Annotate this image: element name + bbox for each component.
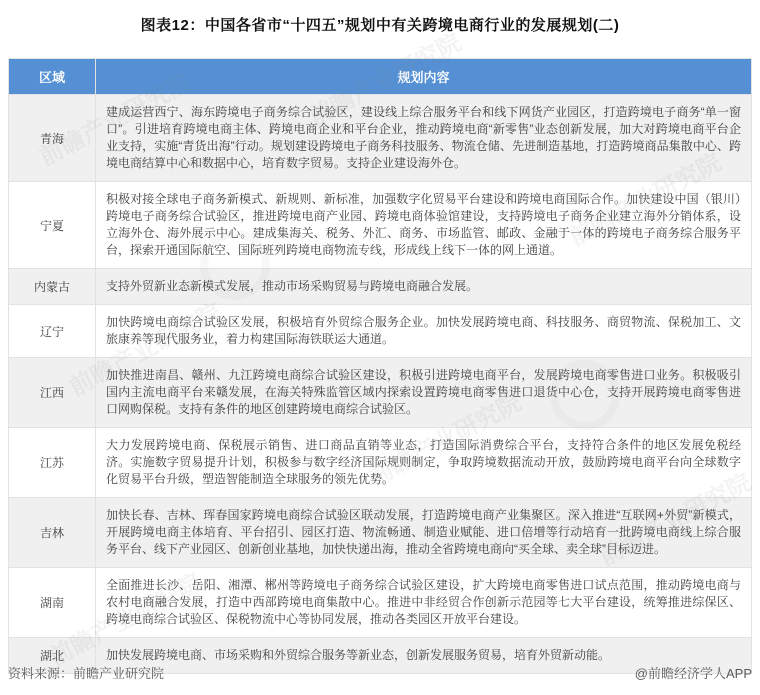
region-cell: 江苏	[9, 428, 96, 498]
content-cell: 积极对接全球电子商务新模式、新规则、新标准，加强数字化贸易平台建设和跨境电商国际…	[96, 182, 752, 269]
header-region: 区域	[9, 59, 96, 95]
plan-table-container: 区域 规划内容 青海 建成运营西宁、海东跨境电子商务综合试验区，建设线上综合服务…	[8, 58, 752, 674]
footer: 资料来源：前瞻产业研究院 @前瞻经济学人APP	[8, 663, 752, 682]
content-cell: 支持外贸新业态新模式发展，推动市场采购贸易与跨境电商融合发展。	[96, 269, 752, 305]
table-row: 宁夏 积极对接全球电子商务新模式、新规则、新标准，加强数字化贸易平台建设和跨境电…	[9, 182, 752, 269]
table-row: 青海 建成运营西宁、海东跨境电子商务综合试验区，建设线上综合服务平台和线下网货产…	[9, 95, 752, 182]
region-cell: 吉林	[9, 498, 96, 568]
page-title: 图表12：中国各省市“十四五”规划中有关跨境电商行业的发展规划(二)	[0, 0, 760, 35]
region-cell: 辽宁	[9, 305, 96, 358]
table-row: 江苏 大力发展跨境电商、保税展示销售、进口商品直销等业态，打造国际消费综合平台，…	[9, 428, 752, 498]
region-cell: 宁夏	[9, 182, 96, 269]
table-body: 青海 建成运营西宁、海东跨境电子商务综合试验区，建设线上综合服务平台和线下网货产…	[9, 95, 752, 674]
region-cell: 江西	[9, 358, 96, 428]
header-row: 区域 规划内容	[9, 59, 752, 95]
plan-table: 区域 规划内容 青海 建成运营西宁、海东跨境电子商务综合试验区，建设线上综合服务…	[8, 58, 752, 674]
region-cell: 湖南	[9, 568, 96, 638]
region-cell: 内蒙古	[9, 269, 96, 305]
content-cell: 大力发展跨境电商、保税展示销售、进口商品直销等业态，打造国际消费综合平台，支持符…	[96, 428, 752, 498]
table-header: 区域 规划内容	[9, 59, 752, 95]
table-row: 辽宁 加快跨境电商综合试验区发展，积极培育外贸综合服务企业。加快发展跨境电商、科…	[9, 305, 752, 358]
content-cell: 加快推进南昌、赣州、九江跨境电商综合试验区建设，积极引进跨境电商平台，发展跨境电…	[96, 358, 752, 428]
content-cell: 全面推进长沙、岳阳、湘潭、郴州等跨境电子商务综合试验区建设，扩大跨境电商零售进口…	[96, 568, 752, 638]
table-row: 吉林 加快长春、吉林、珲春国家跨境电商综合试验区联动发展，打造跨境电商产业集聚区…	[9, 498, 752, 568]
table-row: 江西 加快推进南昌、赣州、九江跨境电商综合试验区建设，积极引进跨境电商平台，发展…	[9, 358, 752, 428]
content-cell: 建成运营西宁、海东跨境电子商务综合试验区，建设线上综合服务平台和线下网货产业园区…	[96, 95, 752, 182]
source-note: 资料来源：前瞻产业研究院	[8, 663, 164, 682]
region-cell: 青海	[9, 95, 96, 182]
table-row: 湖南 全面推进长沙、岳阳、湘潭、郴州等跨境电子商务综合试验区建设，扩大跨境电商零…	[9, 568, 752, 638]
content-cell: 加快长春、吉林、珲春国家跨境电商综合试验区联动发展，打造跨境电商产业集聚区。深入…	[96, 498, 752, 568]
table-row: 内蒙古 支持外贸新业态新模式发展，推动市场采购贸易与跨境电商融合发展。	[9, 269, 752, 305]
content-cell: 加快跨境电商综合试验区发展，积极培育外贸综合服务企业。加快发展跨境电商、科技服务…	[96, 305, 752, 358]
header-content: 规划内容	[96, 59, 752, 95]
credit-note: @前瞻经济学人APP	[635, 663, 752, 682]
